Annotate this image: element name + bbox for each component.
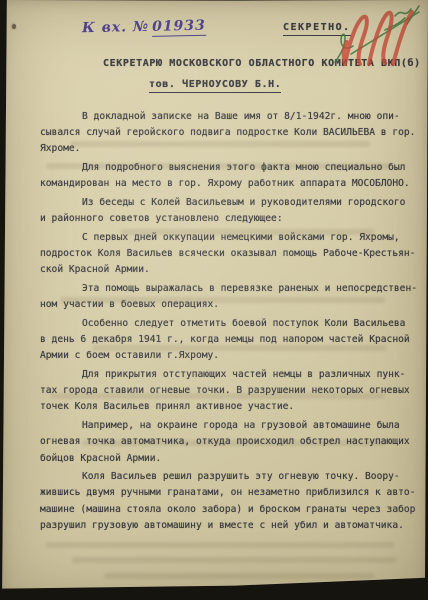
document-line: Например, на окраине города на грузовой … <box>40 418 426 434</box>
bleed-through-smudge <box>46 542 394 548</box>
document-line: жившись двумя ручными гранатами, он неза… <box>40 485 426 501</box>
bleed-through-smudge <box>104 573 374 579</box>
addressee-line-2: тов. ЧЕРНОУСОВУ Б.Н. <box>149 79 281 93</box>
document-line: тах города ставили огневые точки. В разр… <box>40 383 426 399</box>
document-line: машине (машина стояла около забора) и бр… <box>40 502 426 518</box>
document-line: бойцов Красной Армии. <box>40 451 426 467</box>
document-body: В докладной записке на Ваше имя от 8/1-1… <box>40 109 426 537</box>
document-line: сывался случай геройского подвига подрос… <box>40 125 426 141</box>
bleed-through-smudge <box>72 557 397 563</box>
document-line: Коля Васильев решил разрушить эту огневу… <box>40 469 426 485</box>
document-line: командирован на место в гор. Яхрому рабо… <box>40 176 426 192</box>
handwritten-marks <box>333 2 428 77</box>
document-line: в день 6 декабря 1941 г., когда немцы по… <box>40 332 426 348</box>
document-line: В докладной записке на Ваше имя от 8/1-1… <box>40 109 426 125</box>
document-line: Для прикрытия отступающих частей немцы в… <box>40 367 426 383</box>
document-line: подросток Коля Васильев всячески оказыва… <box>40 246 426 262</box>
document-line: и районного советов установлено следующе… <box>40 211 426 227</box>
document-line: огневая точка автоматчика, откуда происх… <box>40 434 426 450</box>
document-line: Особенно следует отметить боевой поступо… <box>40 316 426 332</box>
document-line: ном участии в боевых операциях. <box>40 297 426 313</box>
document-line: Эта помощь выражалась в перевязке ранены… <box>40 281 426 297</box>
document-line: точек Коля Васильев принял активное учас… <box>40 399 426 415</box>
document-line: Армии с боем оставили г.Яхрому. <box>40 348 426 364</box>
document-line: Из беседы с Колей Васильевым и руководит… <box>40 195 426 211</box>
document-line: разрушил грузовую автомашину и вместе с … <box>40 518 426 534</box>
document-line: Для подробного выяснения этого факта мно… <box>40 160 426 176</box>
document-line: С первых дней оккупации немецкими войска… <box>40 230 426 246</box>
registration-number: 01933 <box>152 18 206 37</box>
photo-background: К вх. №01933 СЕКРЕТНО. СЕКРЕТАРЮ МОСКОВС… <box>0 0 428 600</box>
document-line: ской Красной Армии. <box>40 262 426 278</box>
registration-prefix: К вх. № <box>82 19 149 36</box>
paper-hole-speck <box>12 24 16 29</box>
document-line: Яхроме. <box>40 141 426 157</box>
registration-note: К вх. №01933 <box>82 18 206 37</box>
paper: К вх. №01933 СЕКРЕТНО. СЕКРЕТАРЮ МОСКОВС… <box>0 0 428 600</box>
